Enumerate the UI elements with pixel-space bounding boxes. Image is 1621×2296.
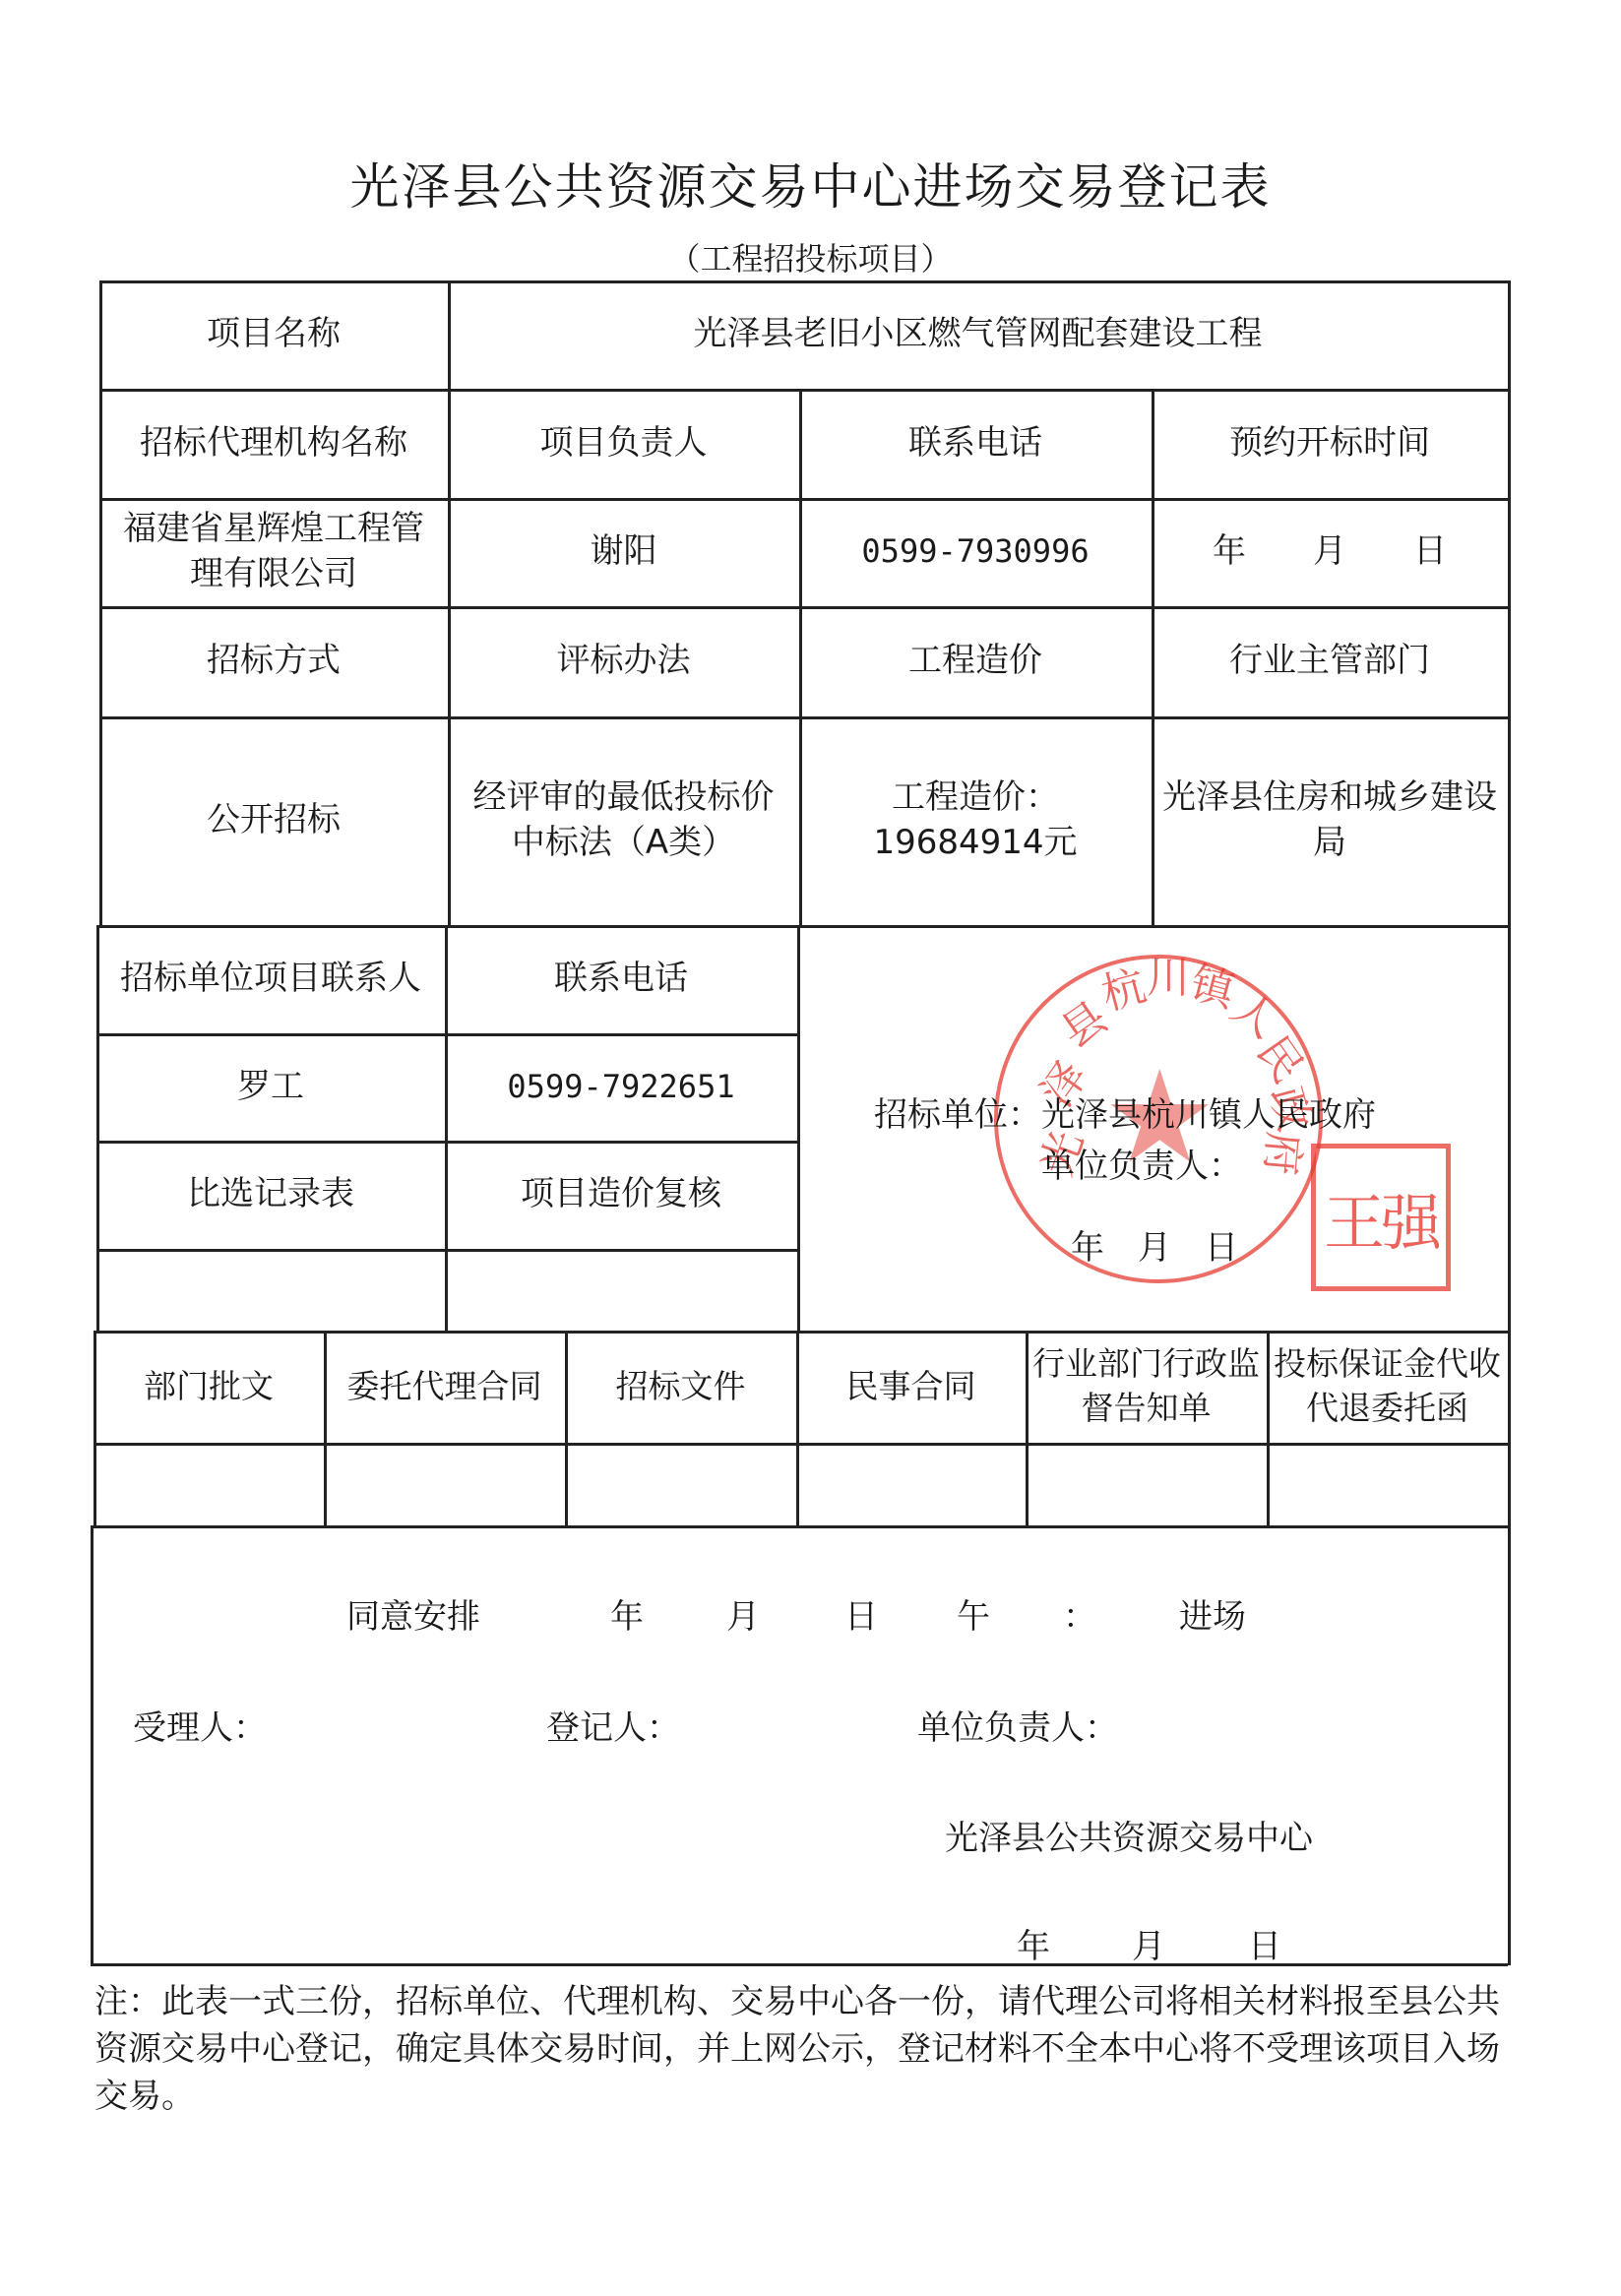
doc-header-supervision-notice: 行业部门行政监督告知单	[1026, 1331, 1267, 1443]
evaluation-method-value: 经评审的最低投标价中标法（A类）	[448, 716, 799, 925]
arrange-colon: ：	[1063, 1589, 1096, 1638]
cost-review-header: 项目造价复核	[445, 1141, 797, 1249]
agency-name-header: 招标代理机构名称	[99, 389, 448, 498]
footnote: 注：此表一式三份，招标单位、代理机构、交易中心各一份，请代理公司将相关材料报至县…	[94, 1978, 1512, 2120]
doc-check-deposit-letter[interactable]	[1267, 1443, 1508, 1525]
doc-check-civil-contract[interactable]	[796, 1443, 1026, 1525]
tenderer-phone-header: 联系电话	[445, 925, 797, 1033]
document-subtitle: （工程招投标项目）	[0, 234, 1621, 279]
person-in-charge-header: 项目负责人	[448, 389, 799, 498]
industry-department-value: 光泽县住房和城乡建设局	[1152, 716, 1508, 925]
comparison-record-value	[96, 1249, 445, 1331]
arrange-noon: 午	[957, 1589, 990, 1638]
agency-name-value: 福建省星辉煌工程管理有限公司	[99, 498, 448, 606]
registrar-label: 登记人：	[546, 1701, 680, 1749]
arrange-year: 年	[610, 1589, 644, 1638]
doc-header-department-approval: 部门批文	[94, 1331, 324, 1443]
center-date-month: 月	[1132, 1919, 1165, 1967]
arrange-entry: 进场	[1179, 1589, 1246, 1638]
tender-method-header: 招标方式	[99, 606, 448, 716]
personal-name-seal: 王强	[1311, 1144, 1451, 1291]
arrange-month: 月	[726, 1589, 760, 1638]
evaluation-method-header: 评标办法	[448, 606, 799, 716]
doc-header-tender-document: 招标文件	[565, 1331, 796, 1443]
project-name-value: 光泽县老旧小区燃气管网配套建设工程	[448, 280, 1508, 389]
tenderer-responsible-line: 单位负责人：	[1041, 1139, 1242, 1187]
doc-header-deposit-letter: 投标保证金代收代退委托函	[1267, 1331, 1508, 1443]
center-date-day: 日	[1248, 1919, 1281, 1967]
arrange-day: 日	[844, 1589, 878, 1638]
tenderer-date-line: 年 月 日	[1071, 1220, 1238, 1269]
tenderer-phone-value: 0599-7922651	[445, 1033, 797, 1141]
center-responsible-label: 单位负责人：	[917, 1701, 1118, 1749]
doc-check-agency-contract[interactable]	[324, 1443, 565, 1525]
document-title: 光泽县公共资源交易中心进场交易登记表	[0, 148, 1621, 218]
agency-phone-header: 联系电话	[799, 389, 1152, 498]
project-cost-header: 工程造价	[799, 606, 1152, 716]
industry-department-header: 行业主管部门	[1152, 606, 1508, 716]
project-name-label: 项目名称	[99, 280, 448, 389]
trading-center-name: 光泽县公共资源交易中心	[945, 1811, 1313, 1859]
tender-method-value: 公开招标	[99, 716, 448, 925]
arrange-label: 同意安排	[346, 1589, 480, 1638]
comparison-record-header: 比选记录表	[96, 1141, 445, 1249]
doc-check-supervision-notice[interactable]	[1026, 1443, 1267, 1525]
person-in-charge-value: 谢阳	[448, 498, 799, 606]
agency-phone-value: 0599-7930996	[799, 498, 1152, 606]
center-date-year: 年	[1017, 1919, 1050, 1967]
tenderer-contact-header: 招标单位项目联系人	[96, 925, 445, 1033]
receiver-label: 受理人：	[133, 1701, 267, 1749]
bid-opening-time-header: 预约开标时间	[1152, 389, 1508, 498]
tenderer-contact-value: 罗工	[96, 1033, 445, 1141]
cost-review-value	[445, 1249, 797, 1331]
tenderer-unit-line: 招标单位：光泽县杭川镇人民政府	[874, 1087, 1376, 1136]
doc-header-agency-contract: 委托代理合同	[324, 1331, 565, 1443]
project-cost-value: 工程造价：19684914元	[799, 716, 1152, 925]
doc-check-tender-document[interactable]	[565, 1443, 796, 1525]
doc-check-department-approval[interactable]	[94, 1443, 324, 1525]
doc-header-civil-contract: 民事合同	[796, 1331, 1026, 1443]
bid-opening-time-value: 年 月 日	[1152, 498, 1508, 606]
